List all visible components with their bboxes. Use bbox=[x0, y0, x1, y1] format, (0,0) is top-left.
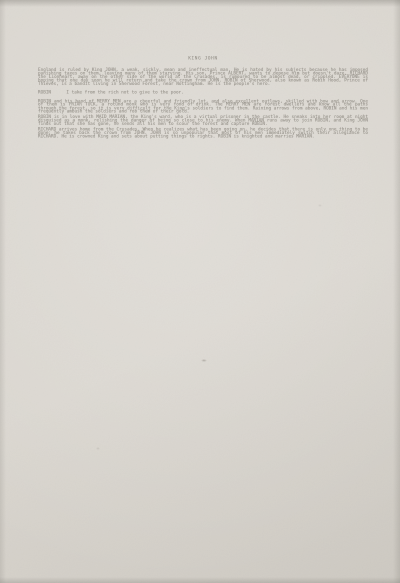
paper-speck bbox=[96, 447, 100, 450]
dialogue-speaker: ROBIN bbox=[38, 90, 51, 95]
synopsis-paragraph-3: ROBIN is in love with MAID MARIAN, the K… bbox=[38, 115, 368, 125]
synopsis-paragraph-4: RICHARD arrives home from the Crusades. … bbox=[38, 128, 368, 138]
document-photo: KING JOHN England is ruled by King JOHN,… bbox=[0, 0, 400, 583]
synopsis-paragraph-2: ROBIN and his band of MERRY MEN are a ch… bbox=[38, 100, 368, 114]
page-title: KING JOHN bbox=[38, 57, 368, 60]
dialogue-text: I take from the rich not to give to the … bbox=[66, 90, 183, 95]
typewritten-text-block: KING JOHN England is ruled by King JOHN,… bbox=[38, 57, 368, 307]
dialogue-line: ROBINI take from the rich not to give to… bbox=[38, 91, 368, 94]
synopsis-paragraph-1: England is ruled by King JOHN, a weak, s… bbox=[38, 68, 368, 85]
paper-speck bbox=[201, 359, 207, 362]
